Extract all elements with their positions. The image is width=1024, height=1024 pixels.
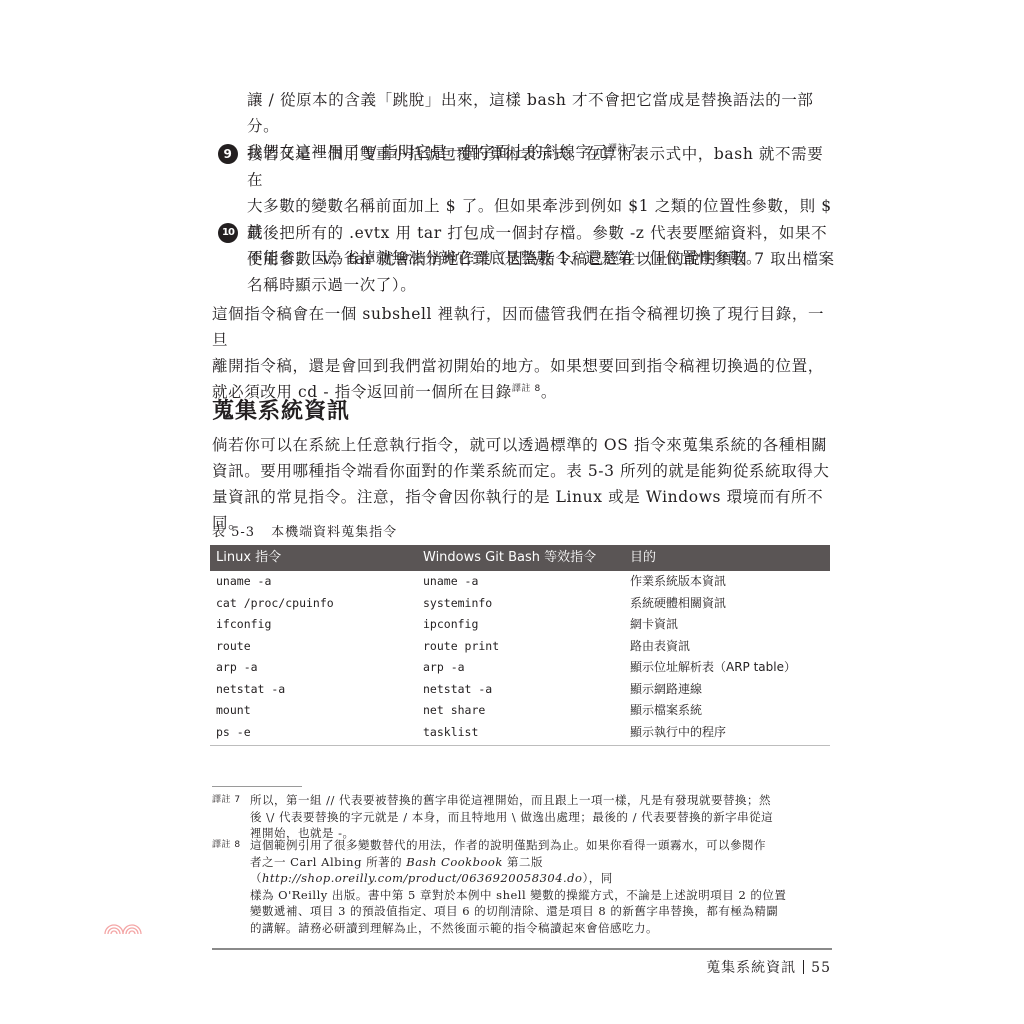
windows-command-cell: uname -a xyxy=(417,571,624,593)
footnote-rule xyxy=(212,786,302,787)
text-line: 這個指令稿會在一個 subshell 裡執行，因而儘管我們在指令稿裡切換了現行目… xyxy=(212,301,837,353)
text-line: 樣為 O'Reilly 出版。書中第 5 章對於本例中 shell 變數的操縱方… xyxy=(250,887,832,904)
page-number: 55 xyxy=(811,960,831,976)
linux-command-cell: arp -a xyxy=(210,657,417,679)
table-row: mount net share 顯示檔案系統 xyxy=(210,700,830,722)
text-line: 資訊。要用哪種指令端看你面對的作業系統而定。表 5-3 所列的就是能夠從系統取得… xyxy=(212,458,837,484)
table-header-row: Linux 指令 Windows Git Bash 等效指令 目的 xyxy=(210,545,830,571)
column-header-windows: Windows Git Bash 等效指令 xyxy=(417,545,624,571)
footer-rule xyxy=(212,948,832,950)
publisher-logo-icon xyxy=(103,920,143,934)
table-row: route route print 路由表資訊 xyxy=(210,636,830,658)
text-line: 名稱時顯示過一次了）。 xyxy=(247,272,837,298)
table-row: netstat -a netstat -a 顯示網路連線 xyxy=(210,679,830,701)
column-header-purpose: 目的 xyxy=(624,545,830,571)
windows-command-cell: net share xyxy=(417,700,624,722)
text-line: 讓 / 從原本的含義「跳脫」出來，這樣 bash 才不會把它當成是替換語法的一部… xyxy=(247,87,837,139)
windows-command-cell: route print xyxy=(417,636,624,658)
purpose-cell: 顯示位址解析表（ARP table） xyxy=(624,657,830,679)
text-line: 變數遞補、項目 3 的預設值指定、項目 6 的切削清除、還是項目 8 的新舊字串… xyxy=(250,903,832,920)
text-line: 倘若你可以在系統上任意執行指令，就可以透過標準的 OS 指令來蒐集系統的各種相關 xyxy=(212,432,837,458)
footnote-mark: 譯註 8 xyxy=(212,837,241,854)
section-heading: 蒐集系統資訊 xyxy=(212,394,350,425)
text-line: 這個範例引用了很多變數替代的用法，作者的說明僅點到為止。如果你看得一頭霧水，可以… xyxy=(250,837,832,854)
table-number: 表 5-3 xyxy=(212,525,255,540)
footnote-body: 這個範例引用了很多變數替代的用法，作者的說明僅點到為止。如果你看得一頭霧水，可以… xyxy=(250,837,832,936)
translator-note-ref-8: 譯註 8 xyxy=(512,384,541,394)
running-footer-section: 蒐集系統資訊 xyxy=(706,960,796,976)
table-row: ps -e tasklist 顯示執行中的程序 xyxy=(210,722,830,744)
table-bottom-rule xyxy=(210,745,830,746)
footnote-mark: 譯註 7 xyxy=(212,792,241,809)
table-row: cat /proc/cpuinfo systeminfo 系統硬體相關資訊 xyxy=(210,593,830,615)
linux-command-cell: cat /proc/cpuinfo xyxy=(210,593,417,615)
text-line: 最後把所有的 .evtx 用 tar 打包成一個封存檔。參數 -z 代表要壓縮資… xyxy=(247,220,837,246)
windows-command-cell: ipconfig xyxy=(417,614,624,636)
footnote-8: 譯註 8 這個範例引用了很多變數替代的用法，作者的說明僅點到為止。如果你看得一頭… xyxy=(212,837,832,922)
purpose-cell: 顯示執行中的程序 xyxy=(624,722,830,744)
footnote-7: 譯註 7 所以，第一組 // 代表要被替換的舊字串從這裡開始，而且跟上一項一樣，… xyxy=(212,792,832,842)
linux-command-cell: netstat -a xyxy=(210,679,417,701)
commands-table: Linux 指令 Windows Git Bash 等效指令 目的 uname … xyxy=(210,545,830,746)
purpose-cell: 顯示檔案系統 xyxy=(624,700,830,722)
text-span: ），同 xyxy=(582,871,612,885)
purpose-cell: 系統硬體相關資訊 xyxy=(624,593,830,615)
linux-command-cell: ifconfig xyxy=(210,614,417,636)
number-badge-icon: 10 xyxy=(218,223,238,243)
footnote-body: 所以，第一組 // 代表要被替換的舊字串從這裡開始，而且跟上一項一樣，凡是有發現… xyxy=(250,792,832,842)
linux-command-cell: uname -a xyxy=(210,571,417,593)
item-text: 最後把所有的 .evtx 用 tar 打包成一個封存檔。參數 -z 代表要壓縮資… xyxy=(247,220,837,298)
subshell-paragraph: 這個指令稿會在一個 subshell 裡執行，因而儘管我們在指令稿裡切換了現行目… xyxy=(212,301,837,405)
text-line: 接著又是一個用雙重小括號包覆的算術表示式。在算術表示式中，bash 就不需要在 xyxy=(247,141,837,193)
windows-command-cell: arp -a xyxy=(417,657,624,679)
table-row: uname -a uname -a 作業系統版本資訊 xyxy=(210,571,830,593)
linux-command-cell: route xyxy=(210,636,417,658)
text-line: 者之一 Carl Albing 所著的 Bash Cookbook 第二版（ht… xyxy=(250,854,832,887)
text-span: 。 xyxy=(541,383,557,401)
table-row: ifconfig ipconfig 網卡資訊 xyxy=(210,614,830,636)
text-line: 的講解。請務必研讀到理解為止，不然後面示範的指令稿讀起來會倍感吃力。 xyxy=(250,920,832,937)
windows-command-cell: netstat -a xyxy=(417,679,624,701)
number-badge-icon: 9 xyxy=(218,144,238,164)
text-line: 後 \/ 代表要替換的字元就是 / 本身，而且特地用 \ 做逸出處理；最後的 /… xyxy=(250,809,832,826)
text-line: 使用參數 -v，tar 就會悄悄地作業（因為指令稿已經在以上的說明項目 7 取出… xyxy=(247,246,837,272)
book-title: Bash Cookbook xyxy=(406,855,503,869)
purpose-cell: 網卡資訊 xyxy=(624,614,830,636)
book-url-link[interactable]: http://shop.oreilly.com/product/06369200… xyxy=(262,871,582,885)
footer-separator xyxy=(803,960,804,974)
book-page: 讓 / 從原本的含義「跳脫」出來，這樣 bash 才不會把它當成是替換語法的一部… xyxy=(0,0,1024,1024)
text-line: 離開指令稿，還是會回到我們當初開始的地方。如果想要回到指令稿裡切換過的位置， xyxy=(212,353,837,379)
purpose-cell: 路由表資訊 xyxy=(624,636,830,658)
linux-command-cell: ps -e xyxy=(210,722,417,744)
purpose-cell: 顯示網路連線 xyxy=(624,679,830,701)
column-header-linux: Linux 指令 xyxy=(210,545,417,571)
windows-command-cell: systeminfo xyxy=(417,593,624,615)
linux-command-cell: mount xyxy=(210,700,417,722)
table-row: arp -a arp -a 顯示位址解析表（ARP table） xyxy=(210,657,830,679)
purpose-cell: 作業系統版本資訊 xyxy=(624,571,830,593)
table-title: 本機端資料蒐集指令 xyxy=(271,525,397,540)
table-caption: 表 5-3本機端資料蒐集指令 xyxy=(212,521,397,540)
page-footer: 蒐集系統資訊55 xyxy=(706,957,831,977)
text-span: 者之一 Carl Albing 所著的 xyxy=(250,855,406,869)
text-line: 所以，第一組 // 代表要被替換的舊字串從這裡開始，而且跟上一項一樣，凡是有發現… xyxy=(250,792,832,809)
windows-command-cell: tasklist xyxy=(417,722,624,744)
